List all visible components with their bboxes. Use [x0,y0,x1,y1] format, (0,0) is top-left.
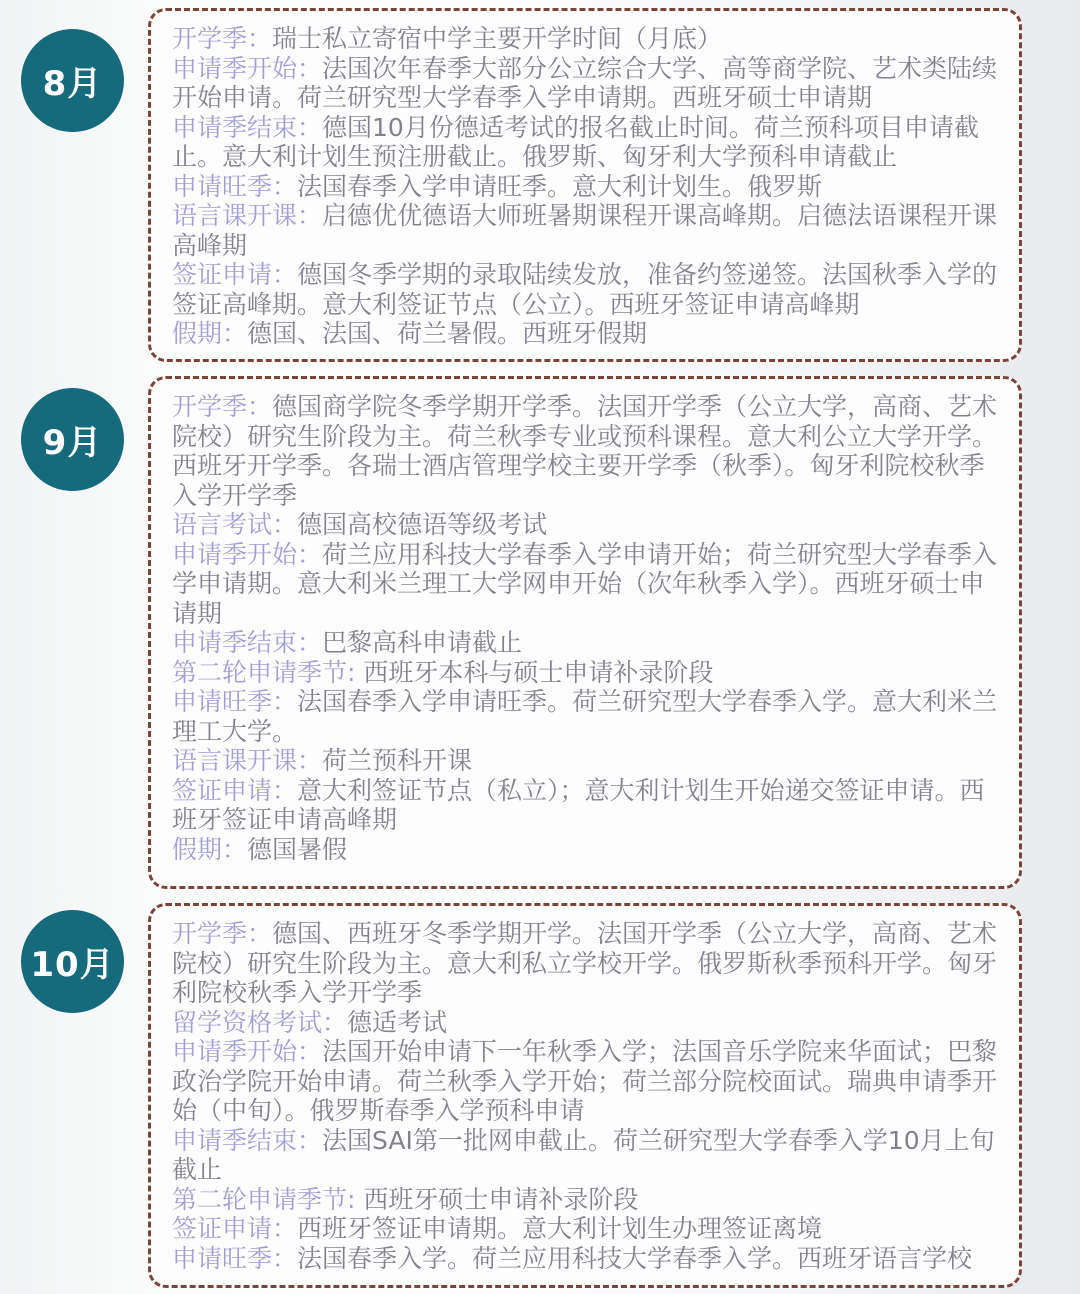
month-badge-august: 8月 [21,29,124,132]
timeline-item: 申请旺季：法国春季入学。荷兰应用科技大学春季入学。西班牙语言学校 [172,1244,999,1274]
timeline-item: 申请季结束：巴黎高科申请截止 [172,628,999,658]
timeline-item: 申请季开始：荷兰应用科技大学春季入学申请开始；荷兰研究型大学春季入学申请期。意大… [172,540,999,629]
timeline-item: 语言考试：德国高校德语等级考试 [172,510,999,540]
item-label: 申请季结束： [172,113,322,142]
timeline-item: 开学季：瑞士私立寄宿中学主要开学时间（月底） [172,24,999,54]
item-label: 申请旺季： [172,687,297,716]
item-label: 申请季结束： [172,1126,322,1155]
item-text: 西班牙本科与硕士申请补录阶段 [363,658,713,687]
item-label: 签证申请： [172,260,297,289]
item-label: 第二轮申请季节: [172,1185,363,1214]
item-label: 开学季： [172,919,272,948]
item-label: 申请季开始： [172,540,322,569]
timeline-item: 假期：德国、法国、荷兰暑假。西班牙假期 [172,319,999,349]
item-text: 法国春季入学。荷兰应用科技大学春季入学。西班牙语言学校 [297,1244,972,1273]
timeline-item: 申请旺季：法国春季入学申请旺季。荷兰研究型大学春季入学。意大利米兰理工大学。 [172,687,999,746]
item-label: 申请季开始： [172,1037,322,1066]
item-text: 德国、西班牙冬季学期开学。法国开学季（公立大学，高商、艺术院校）研究生阶段为主。… [172,919,997,1007]
timeline-item: 留学资格考试：德适考试 [172,1008,999,1038]
month-panel-september: 开学季：德国商学院冬季学期开学季。法国开学季（公立大学，高商、艺术院校）研究生阶… [148,376,1022,889]
item-label: 语言课开课： [172,201,322,230]
item-text: 德国暑假 [247,835,347,864]
timeline-item: 申请季开始：法国开始申请下一年秋季入学；法国音乐学院来华面试；巴黎政治学院开始申… [172,1037,999,1126]
item-label: 假期： [172,319,247,348]
timeline-item: 开学季：德国、西班牙冬季学期开学。法国开学季（公立大学，高商、艺术院校）研究生阶… [172,919,999,1008]
item-label: 申请旺季： [172,1244,297,1273]
timeline-item: 申请旺季：法国春季入学申请旺季。意大利计划生。俄罗斯 [172,172,999,202]
timeline-item: 语言课开课：荷兰预科开课 [172,746,999,776]
timeline-item: 签证申请：德国冬季学期的录取陆续发放，准备约签递签。法国秋季入学的签证高峰期。意… [172,260,999,319]
item-label: 开学季： [172,392,272,421]
item-label: 留学资格考试： [172,1008,347,1037]
item-text: 德适考试 [347,1008,447,1037]
timeline-item: 签证申请：西班牙签证申请期。意大利计划生办理签证离境 [172,1214,999,1244]
timeline-item: 开学季：德国商学院冬季学期开学季。法国开学季（公立大学，高商、艺术院校）研究生阶… [172,392,999,510]
item-label: 签证申请： [172,1214,297,1243]
month-badge-october: 10月 [21,910,124,1013]
item-text: 西班牙硕士申请补录阶段 [363,1185,638,1214]
item-text: 瑞士私立寄宿中学主要开学时间（月底） [272,24,722,53]
item-text: 德国高校德语等级考试 [297,510,547,539]
timeline-item: 申请季结束：德国10月份德适考试的报名截止时间。荷兰预科项目申请截止。意大利计划… [172,113,999,172]
item-label: 第二轮申请季节: [172,658,363,687]
timeline-item: 申请季开始：法国次年春季大部分公立综合大学、高等商学院、艺术类陆续开始申请。荷兰… [172,54,999,113]
item-label: 申请季结束： [172,628,322,657]
item-label: 申请季开始： [172,54,322,83]
item-label: 签证申请： [172,776,297,805]
item-text: 德国、法国、荷兰暑假。西班牙假期 [247,319,647,348]
item-text: 德国商学院冬季学期开学季。法国开学季（公立大学，高商、艺术院校）研究生阶段为主。… [172,392,997,510]
item-label: 假期： [172,835,247,864]
study-abroad-monthly-timeline: 8月 开学季：瑞士私立寄宿中学主要开学时间（月底）申请季开始：法国次年春季大部分… [0,0,1080,1294]
timeline-item: 签证申请：意大利签证节点（私立）；意大利计划生开始递交签证申请。西班牙签证申请高… [172,776,999,835]
item-label: 申请旺季： [172,172,297,201]
item-label: 语言课开课： [172,746,322,775]
item-text: 西班牙签证申请期。意大利计划生办理签证离境 [297,1214,822,1243]
month-panel-october: 开学季：德国、西班牙冬季学期开学。法国开学季（公立大学，高商、艺术院校）研究生阶… [148,903,1022,1288]
timeline-item: 申请季结束：法国SAI第一批网申截止。荷兰研究型大学春季入学10月上旬截止 [172,1126,999,1185]
timeline-item: 假期：德国暑假 [172,835,999,865]
timeline-item: 第二轮申请季节: 西班牙硕士申请补录阶段 [172,1185,999,1215]
month-panel-august: 开学季：瑞士私立寄宿中学主要开学时间（月底）申请季开始：法国次年春季大部分公立综… [148,8,1022,362]
month-badge-september: 9月 [21,388,124,491]
timeline-item: 语言课开课：启德优优德语大师班暑期课程开课高峰期。启德法语课程开课高峰期 [172,201,999,260]
item-text: 法国春季入学申请旺季。意大利计划生。俄罗斯 [297,172,822,201]
item-text: 巴黎高科申请截止 [322,628,522,657]
timeline-item: 第二轮申请季节: 西班牙本科与硕士申请补录阶段 [172,658,999,688]
item-label: 语言考试： [172,510,297,539]
item-label: 开学季： [172,24,272,53]
item-text: 荷兰预科开课 [322,746,472,775]
